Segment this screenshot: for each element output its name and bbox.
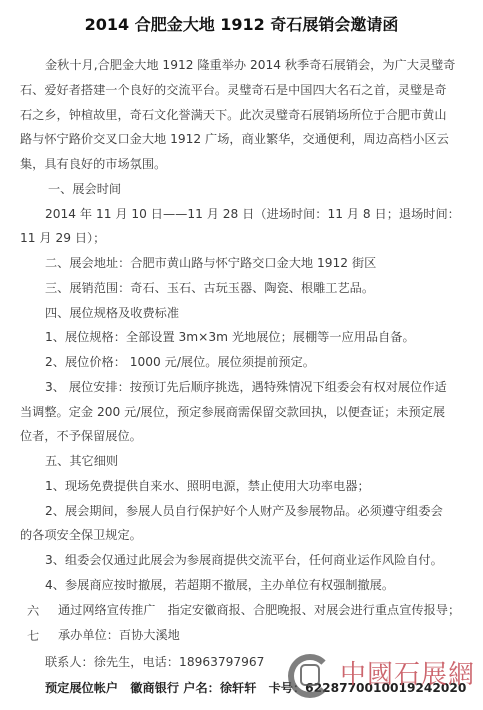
section-6-number: 六 [27,602,39,619]
section-4-heading: 四、展位规格及收费标准 [45,305,179,321]
section-5-item-2-line-2: 的各项安全保卫规定。 [20,527,142,543]
section-6-text: 通过网络宣传推广 指定安徽商报、合肥晚报、对展会进行重点宣传报导； [58,602,460,618]
section-7-text: 承办单位：百协大溪地 [58,627,180,643]
section-5-item-1: 1、现场免费提供自来水、照明电源，禁止使用大功率电器； [45,478,370,494]
intro-line-1: 金秋十月,合肥金大地 1912 隆重举办 2014 秋季奇石展销会，为广大灵璧奇 [45,57,455,73]
section-7-number: 七 [27,627,39,644]
section-4-item-3-line-2: 当调整。定金 200 元/展位，预定参展商需保留交款回执，以便查证；未预定展 [20,404,445,420]
section-1-line-1: 2014 年 11 月 10 日——11 月 28 日（进场时间：11 月 8 … [45,206,460,222]
section-5-item-2-line-1: 2、展会期间，参展人员自行保护好个人财产及参展物品。必须遵守组委会 [45,503,443,519]
section-5-item-4: 4、参展商应按时撤展，若超期不撤展，主办单位有权强制撤展。 [45,577,394,593]
section-5-heading: 五、其它细则 [45,453,118,469]
watermark-stamp-icon [300,664,320,686]
document-title: 2014 合肥金大地 1912 奇石展销会邀请函 [0,12,483,35]
section-4-item-3-line-1: 3、 展位安排：按预订先后顺序挑选，遇特殊情况下组委会有权对展位作适 [45,379,447,395]
intro-line-3: 石之乡，钟楦故里，奇石文化誉满天下。此次灵璧奇石展销场所位于合肥市黄山 [20,107,447,123]
invitation-letter: 2014 合肥金大地 1912 奇石展销会邀请函 金秋十月,合肥金大地 1912… [0,0,483,710]
contact-line: 联系人：徐先生，电话：18963797967 [45,654,264,670]
intro-line-4: 路与怀宁路价交叉口金大地 1912 广场，商业繁华，交通便利，周边高档小区云 [20,131,449,147]
intro-line-2: 石、爱好者搭建一个良好的交流平台。灵璧奇石是中国四大名石之首，灵璧是奇 [20,82,447,98]
section-1-line-2: 11 月 29 日）； [20,230,105,246]
section-1-heading: 一、展会时间 [48,181,121,197]
section-4-item-3-line-3: 位者，不予保留展位。 [20,428,142,444]
section-4-item-1: 1、展位规格：全部设置 3m×3m 光地展位；展棚等一应用品自备。 [45,329,415,345]
section-2-address: 二、展会地址：合肥市黄山路与怀宁路交口金大地 1912 街区 [45,255,376,271]
section-3-scope: 三、展销范围：奇石、玉石、古玩玉器、陶瓷、根雕工艺品。 [45,280,374,296]
section-5-item-3: 3、组委会仅通过此展会为参展商提供交流平台，任何商业运作风险自付。 [45,552,443,568]
section-4-item-2: 2、展位价格： 1000 元/展位。展位须提前预定。 [45,354,315,370]
watermark-text: 中國石展網 [340,654,475,691]
intro-line-5: 集，具有良好的市场氛围。 [20,156,166,172]
site-watermark: 中國石展網 [288,652,483,702]
